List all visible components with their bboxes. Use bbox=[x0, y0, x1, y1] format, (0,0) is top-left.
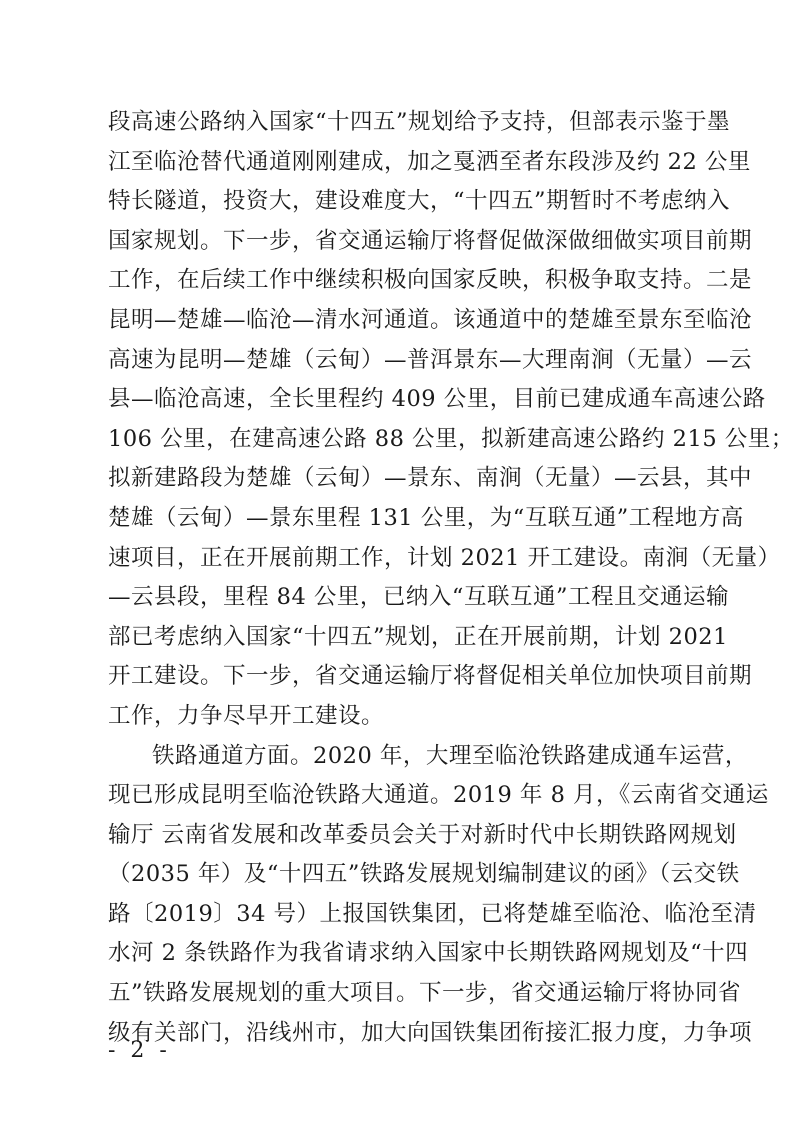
document-page: 段高速公路纳入国家“十四五”规划给予支持，但部表示鉴于墨 江至临沧替代通道刚刚建… bbox=[0, 0, 800, 1131]
text-line: 工作，在后续工作中继续积极向国家反映，积极争取支持。二是 bbox=[108, 261, 694, 301]
text-line: 路〔2019〕34 号）上报国铁集团，已将楚雄至临沧、临沧至清 bbox=[108, 895, 694, 935]
paragraph-end-line: 工作，力争尽早开工建设。 bbox=[108, 697, 694, 737]
text-line: 五”铁路发展规划的重大项目。下一步，省交通运输厅将协同省 bbox=[108, 974, 694, 1014]
text-line: 水河 2 条铁路作为我省请求纳入国家中长期铁路网规划及“十四 bbox=[108, 934, 694, 974]
text-line: 高速为昆明—楚雄（云甸）—普洱景东—大理南涧（无量）—云 bbox=[108, 341, 694, 381]
text-line: （2035 年）及“十四五”铁路发展规划编制建议的函》（云交铁 bbox=[108, 855, 694, 895]
paragraph-start-line: 铁路通道方面。2020 年，大理至临沧铁路建成通车运营， bbox=[108, 737, 694, 777]
text-line: 开工建设。下一步，省交通运输厅将督促相关单位加快项目前期 bbox=[108, 657, 694, 697]
text-line: 楚雄（云甸）—景东里程 131 公里，为“互联互通”工程地方高 bbox=[108, 499, 694, 539]
text-line: 特长隧道，投资大，建设难度大，“十四五”期暂时不考虑纳入 bbox=[108, 182, 694, 222]
text-line: 江至临沧替代通道刚刚建成，加之戛洒至者东段涉及约 22 公里 bbox=[108, 143, 694, 183]
body-text: 段高速公路纳入国家“十四五”规划给予支持，但部表示鉴于墨 江至临沧替代通道刚刚建… bbox=[108, 103, 694, 1053]
text-line: —云县段，里程 84 公里，已纳入“互联互通”工程且交通运输 bbox=[108, 578, 694, 618]
text-line: 拟新建路段为楚雄（云甸）—景东、南涧（无量）—云县，其中 bbox=[108, 459, 694, 499]
text-line: 106 公里，在建高速公路 88 公里，拟新建高速公路约 215 公里； bbox=[108, 420, 694, 460]
page-number: - 2 - bbox=[108, 1038, 171, 1063]
text-line: 县—临沧高速，全长里程约 409 公里，目前已建成通车高速公路 bbox=[108, 380, 694, 420]
text-line: 输厅 云南省发展和改革委员会关于对新时代中长期铁路网规划 bbox=[108, 816, 694, 856]
text-line: 速项目，正在开展前期工作，计划 2021 开工建设。南涧（无量） bbox=[108, 539, 694, 579]
text-line: 级有关部门，沿线州市，加大向国铁集团衔接汇报力度，力争项 bbox=[108, 1014, 694, 1054]
text-line: 昆明—楚雄—临沧—清水河通道。该通道中的楚雄至景东至临沧 bbox=[108, 301, 694, 341]
text-line: 段高速公路纳入国家“十四五”规划给予支持，但部表示鉴于墨 bbox=[108, 103, 694, 143]
text-line: 国家规划。下一步，省交通运输厅将督促做深做细做实项目前期 bbox=[108, 222, 694, 262]
text-line: 现已形成昆明至临沧铁路大通道。2019 年 8 月，《云南省交通运 bbox=[108, 776, 694, 816]
text-line: 部已考虑纳入国家“十四五”规划，正在开展前期，计划 2021 bbox=[108, 618, 694, 658]
